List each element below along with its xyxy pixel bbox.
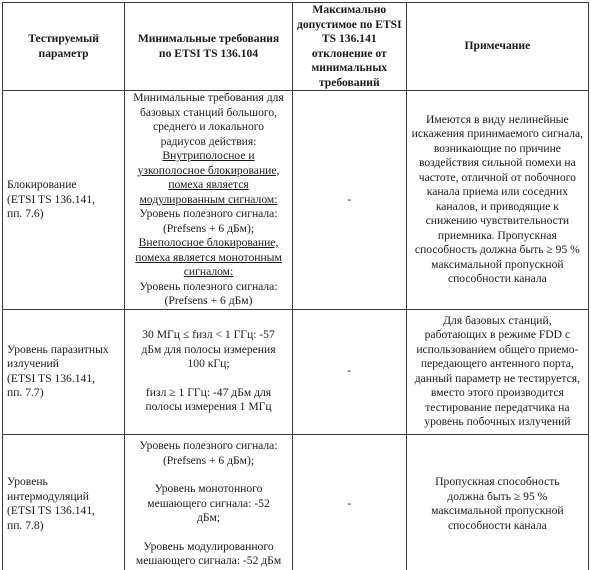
requirement-band-2: fизл ≥ 1 ГГц: -47 дБм для полосы измерен… [139,386,278,415]
table-row: Уровень паразитных излучений (ETSI TS 13… [3,309,589,434]
requirements-intermodulation: Уровень полезного сигнала: (Prefsens + 6… [125,434,293,570]
note-intermodulation: Пропускная способность должна быть ≥ 95 … [406,434,588,570]
spacer [139,372,278,386]
parameter-clause: пп. 7.6) [7,207,120,222]
deviation-intermodulation: - [292,434,406,570]
note-blocking: Имеются в виду нелинейные искажения прин… [406,91,588,310]
requirements-table: Тестируемый параметр Минимальные требова… [2,2,589,570]
parameter-spurious-emissions: Уровень паразитных излучений (ETSI TS 13… [3,309,125,434]
parameter-ref: (ETSI TS 136.141, [7,504,120,519]
header-note: Примечание [406,3,588,91]
parameter-clause: пп. 7.8) [7,519,120,534]
outband-signal-level: Уровень полезного сигнала: (Prefsens + 6… [129,280,288,309]
table-row: Уровень интермодуляций (ETSI TS 136.141,… [3,434,589,570]
table-row: Блокирование (ETSI TS 136.141, пп. 7.6) … [3,91,589,310]
parameter-intermodulation: Уровень интермодуляций (ETSI TS 136.141,… [3,434,125,570]
parameter-blocking: Блокирование (ETSI TS 136.141, пп. 7.6) [3,91,125,310]
modulated-interferer-level: Уровень модулированного мешающего сигнал… [135,540,282,569]
deviation-blocking: - [292,91,406,310]
requirements-spurious-emissions: 30 МГц ≤ fизл < 1 ГГц: -57 дБм для полос… [125,309,293,434]
useful-signal-level: Уровень полезного сигнала: (Prefsens + 6… [135,439,282,468]
cw-interferer-level: Уровень монотонного мешающего сигнала: -… [135,482,282,526]
spacer [135,468,282,482]
inband-blocking-title: Внутриполосное и узкополосное блокирован… [129,149,288,207]
requirements-blocking: Минимальные требования для базовых станц… [125,91,293,310]
parameter-clause: пп. 7.7) [7,386,120,401]
requirements-intro: Минимальные требования для базовых станц… [129,91,288,149]
note-spurious-emissions: Для базовых станций, работающих в режиме… [406,309,588,434]
header-min-requirements: Минимальные требования по ETSI TS 136.10… [125,3,293,91]
parameter-name: Уровень паразитных излучений [7,343,120,372]
parameter-name: Уровень интермодуляций [7,475,120,504]
requirement-band-1: 30 МГц ≤ fизл < 1 ГГц: -57 дБм для полос… [139,328,278,372]
inband-signal-level: Уровень полезного сигнала: (Prefsens + 6… [129,207,288,236]
header-max-deviation: Максимально допустимое по ETSI TS 136.14… [292,3,406,91]
table-header-row: Тестируемый параметр Минимальные требова… [3,3,589,91]
header-parameter: Тестируемый параметр [3,3,125,91]
spacer [135,526,282,540]
parameter-name: Блокирование [7,178,120,193]
parameter-ref: (ETSI TS 136.141, [7,193,120,208]
outband-blocking-title: Внеполосное блокирование, помеха являетс… [129,236,288,280]
parameter-ref: (ETSI TS 136.141, [7,372,120,387]
deviation-spurious-emissions: - [292,309,406,434]
